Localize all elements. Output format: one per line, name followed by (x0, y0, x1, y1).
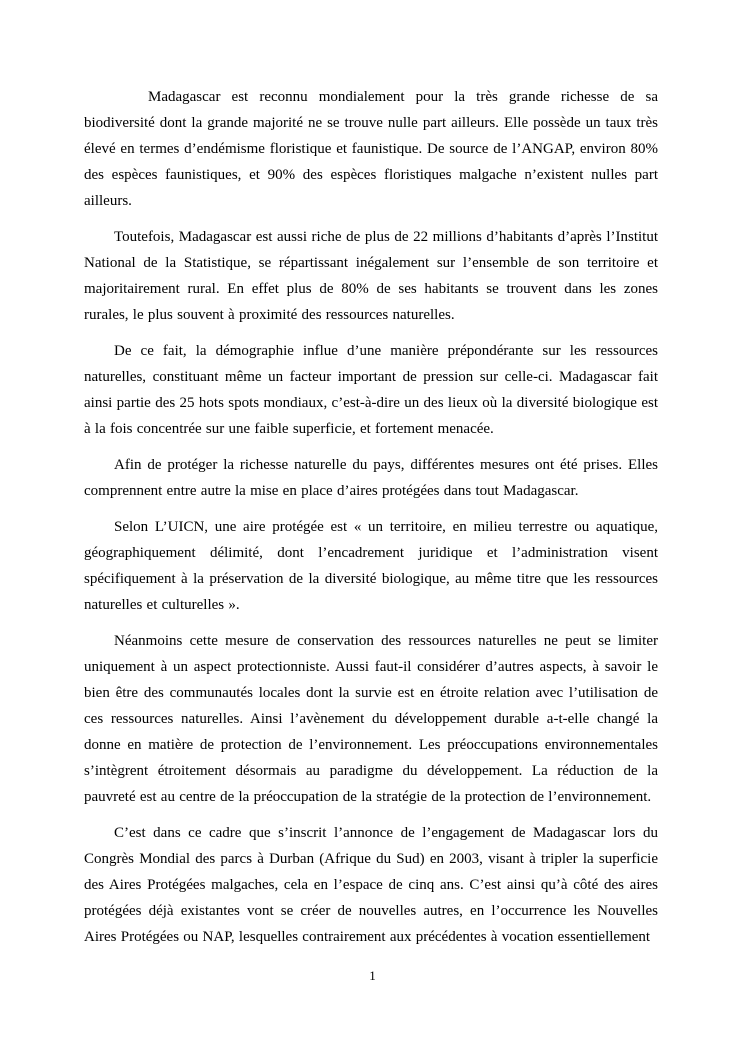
document-body: Madagascar est reconnu mondialement pour… (84, 84, 658, 960)
paragraph: De ce fait, la démographie influe d’une … (84, 338, 658, 442)
page-number: 1 (0, 968, 745, 984)
paragraph: Madagascar est reconnu mondialement pour… (84, 84, 658, 214)
document-page: Madagascar est reconnu mondialement pour… (0, 0, 745, 1053)
paragraph: Toutefois, Madagascar est aussi riche de… (84, 224, 658, 328)
paragraph: Néanmoins cette mesure de conservation d… (84, 628, 658, 810)
paragraph: Selon L’UICN, une aire protégée est « un… (84, 514, 658, 618)
paragraph: Afin de protéger la richesse naturelle d… (84, 452, 658, 504)
paragraph: C’est dans ce cadre que s’inscrit l’anno… (84, 820, 658, 950)
